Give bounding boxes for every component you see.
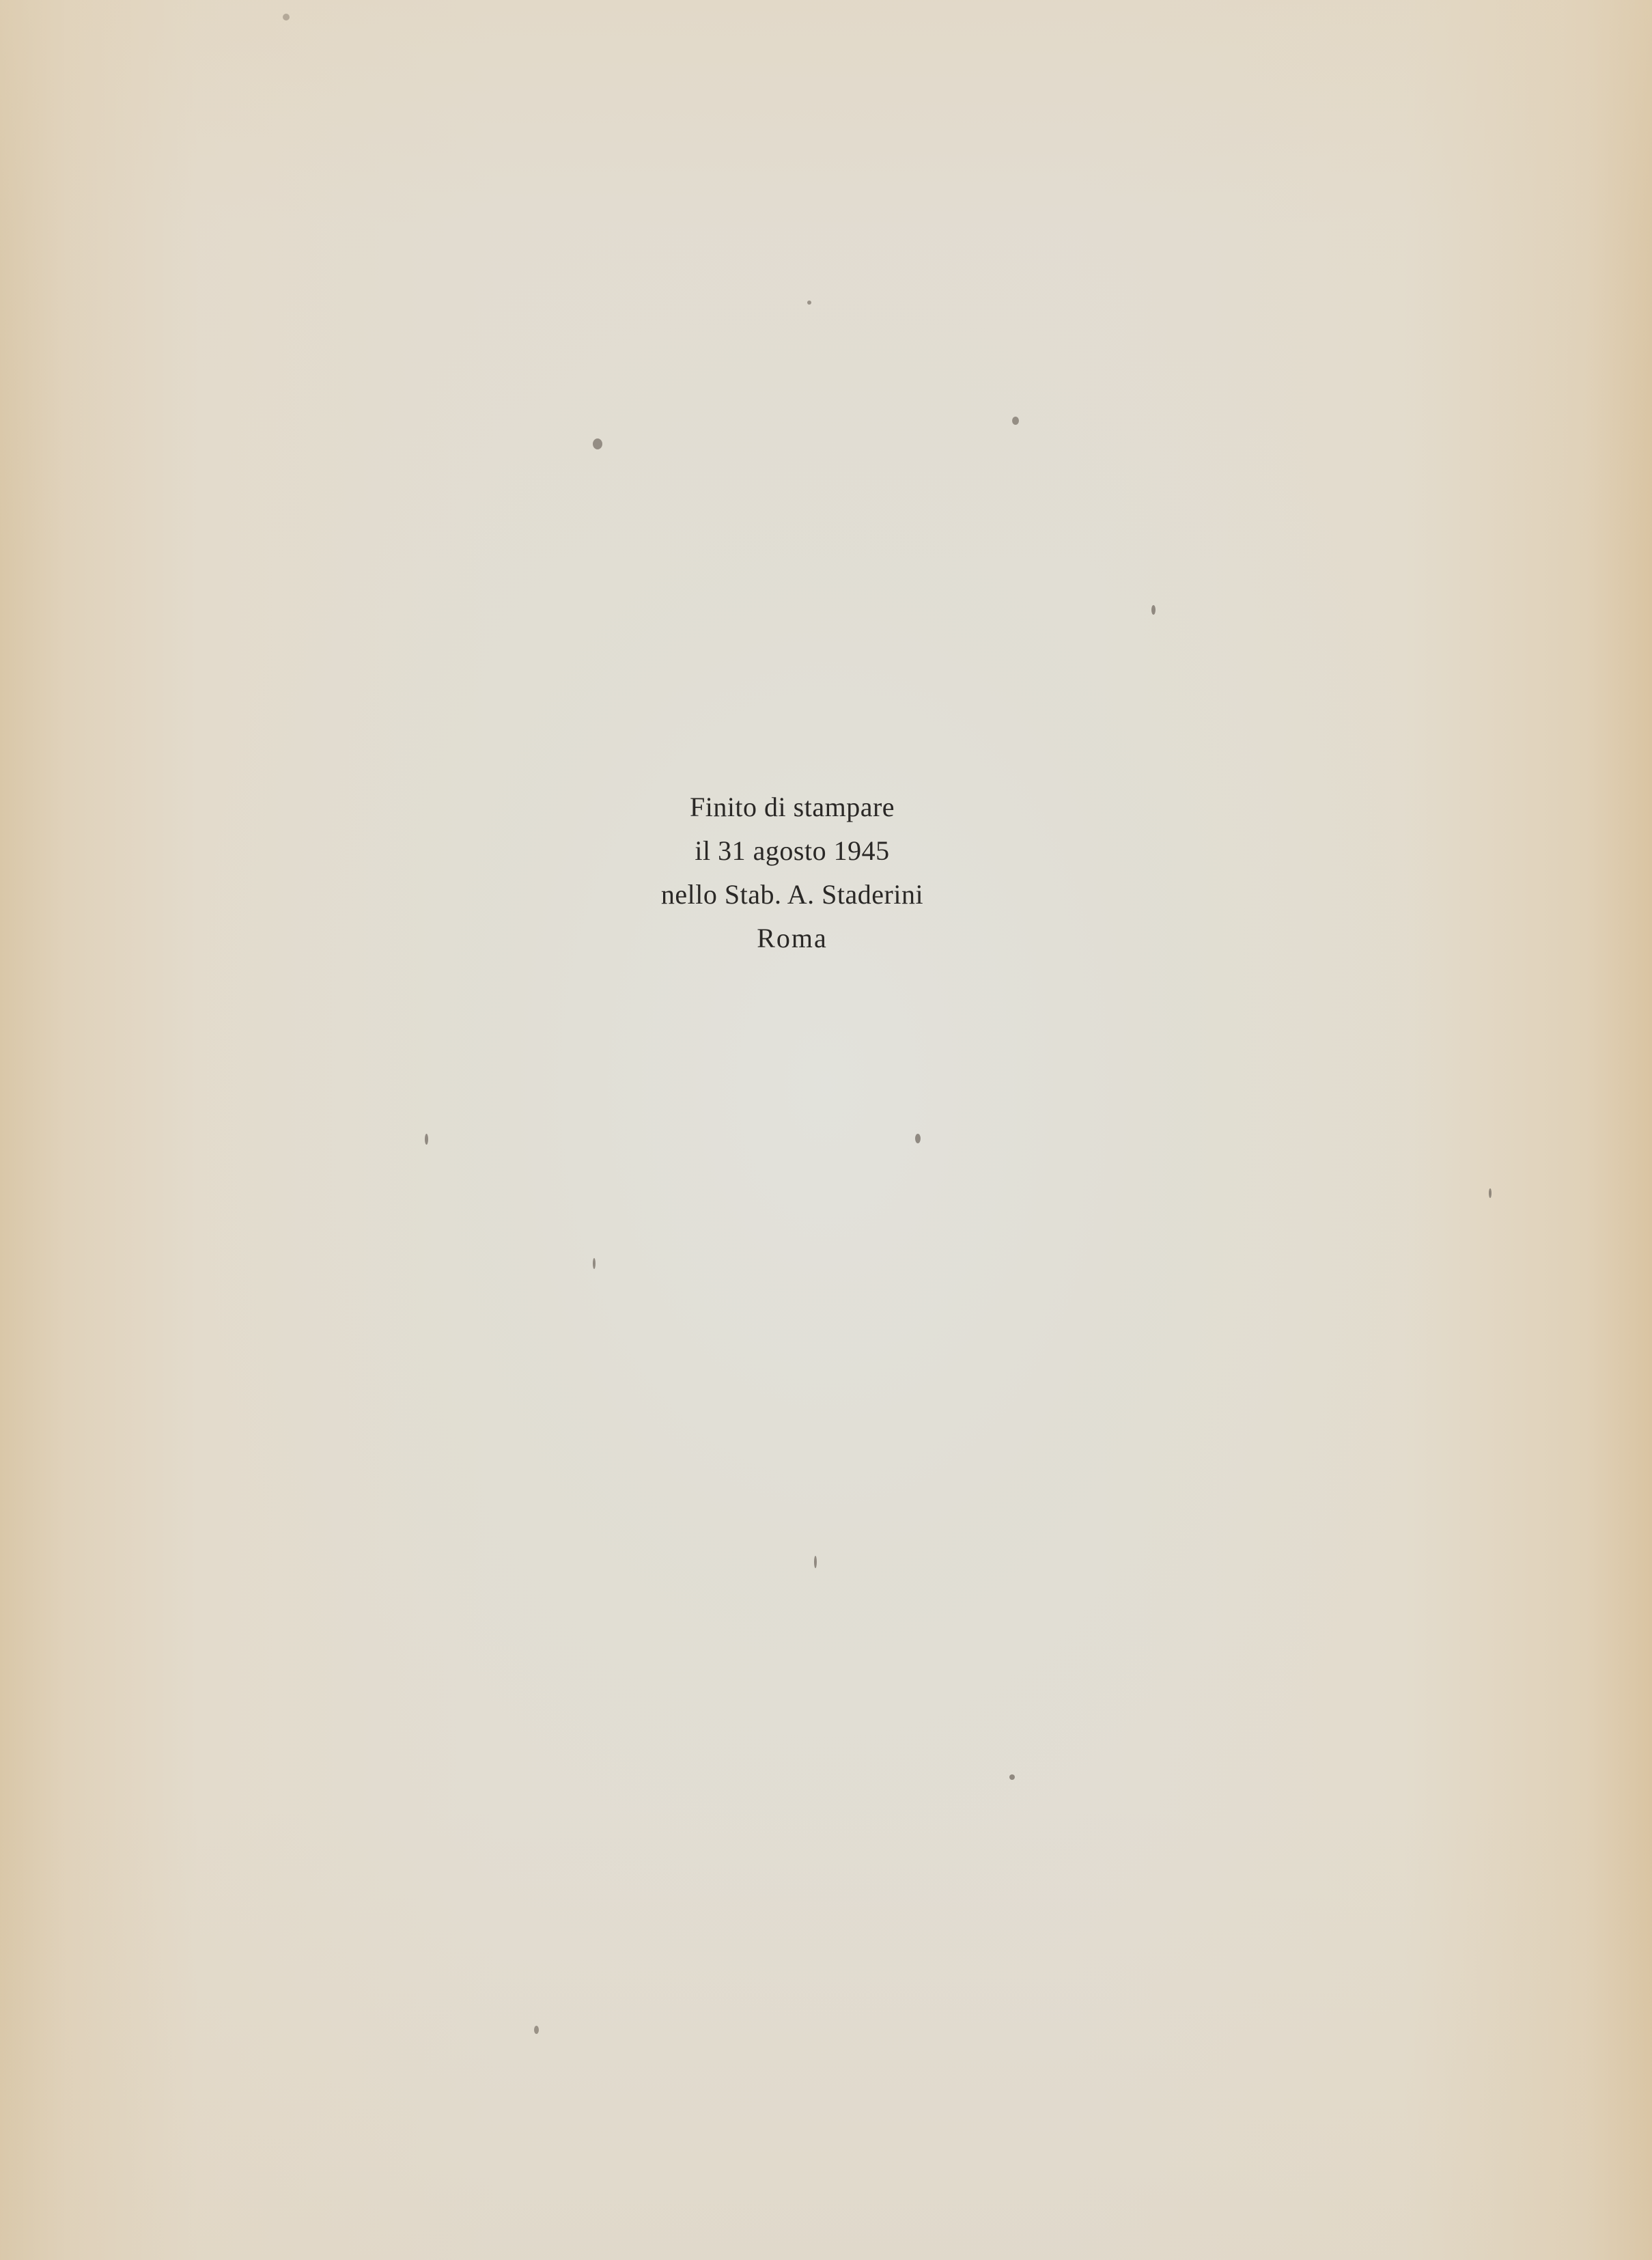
colophon-line-printed: Finito di stampare (601, 785, 983, 829)
paper-speck (807, 301, 811, 305)
paper-speck (593, 1258, 596, 1269)
colophon-line-printer: nello Stab. A. Staderini (601, 873, 983, 917)
colophon-line-date: il 31 agosto 1945 (601, 829, 983, 873)
colophon: Finito di stampare il 31 agosto 1945 nel… (601, 785, 983, 960)
paper-speck (1489, 1188, 1492, 1198)
paper-speck (1009, 1774, 1015, 1780)
paper-speck (915, 1134, 921, 1143)
paper-speck (814, 1556, 817, 1568)
paper-speck (593, 438, 602, 449)
paper-speck (283, 14, 290, 20)
paper-speck (1012, 417, 1019, 425)
paper-speck (534, 2026, 539, 2034)
paper-speck (425, 1134, 428, 1145)
book-page (0, 0, 1652, 2260)
paper-speck (1151, 605, 1156, 615)
colophon-line-city: Roma (601, 917, 983, 960)
